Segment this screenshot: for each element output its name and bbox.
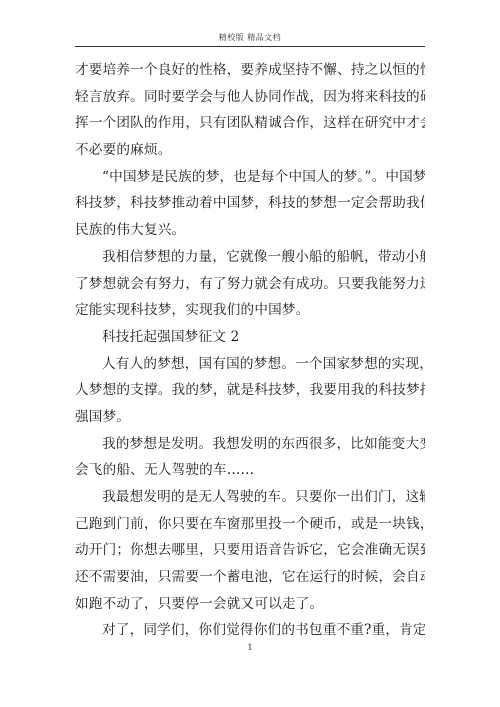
header-divider — [75, 46, 425, 47]
document-body: 才要培养一个良好的性格，要养成坚持不懈、持之以恒的性格，不要 轻言放弃。同时要学… — [75, 57, 425, 644]
paragraph: 对了，同学们，你们觉得你们的书包重不重?重，肯定重。所以 — [75, 617, 425, 644]
text-line: 我的梦想是发明。我想发明的东西很多，比如能变大变小的书包、 — [75, 431, 425, 458]
text-line: 我相信梦想的力量，它就像一艘小船的船帆，带动小船前行。有 — [75, 244, 425, 271]
text-line: 人梦想的支撑。我的梦，就是科技梦，我要用我的科技梦托起我们的 — [75, 377, 425, 404]
page-number: 1 — [0, 643, 500, 652]
text-line: 定能实现科技梦，实现我们的中国梦。 — [75, 297, 425, 324]
paragraph: 我相信梦想的力量，它就像一艘小船的船帆，带动小船前行。有 了梦想就会有努力，有了… — [75, 244, 425, 324]
text-line: 科技梦，科技梦推动着中国梦，科技的梦想一定会帮助我们实现中华 — [75, 190, 425, 217]
page-header: 精校版 精品文档 — [75, 32, 425, 43]
text-line: “中国梦是民族的梦，也是每个中国人的梦。”。中国梦连接着 — [75, 164, 425, 191]
section-title: 科技托起强国梦征文 2 — [75, 324, 425, 351]
text-line: 才要培养一个良好的性格，要养成坚持不懈、持之以恒的性格，不要 — [75, 57, 425, 84]
paragraph: 我的梦想是发明。我想发明的东西很多，比如能变大变小的书包、 会飞的船、无人驾驶的… — [75, 431, 425, 484]
paragraph: 人有人的梦想，国有国的梦想。一个国家梦想的实现，离不开个 人梦想的支撑。我的梦，… — [75, 351, 425, 431]
text-line: 民族的伟大复兴。 — [75, 217, 425, 244]
text-line: 强国梦。 — [75, 404, 425, 431]
text-line: 不必要的麻烦。 — [75, 137, 425, 164]
text-line: 挥一个团队的作用，只有团队精诚合作，这样在研究中才会减少许多 — [75, 110, 425, 137]
text-line: 动开门；你想去哪里，只要用语音告诉它，它会准确无误到达；这辆车 — [75, 537, 425, 564]
paragraph: 我最想发明的是无人驾驶的车。只要你一出们门，这辆车就会自 己跑到门前，你只要在车… — [75, 484, 425, 617]
text-line: 我最想发明的是无人驾驶的车。只要你一出们门，这辆车就会自 — [75, 484, 425, 511]
text-line: 轻言放弃。同时要学会与他人协同作战，因为将来科技的研究需要发 — [75, 84, 425, 111]
text-line: 如跑不动了，只要停一会就又可以走了。 — [75, 591, 425, 618]
text-line: 对了，同学们，你们觉得你们的书包重不重?重，肯定重。所以 — [75, 617, 425, 644]
text-line: 科技托起强国梦征文 2 — [75, 324, 425, 351]
text-line: 会飞的船、无人驾驶的车…… — [75, 457, 425, 484]
text-line: 人有人的梦想，国有国的梦想。一个国家梦想的实现，离不开个 — [75, 351, 425, 378]
text-line: 己跑到门前，你只要在车窗那里投一个硬币，或是一块钱，它就会自 — [75, 511, 425, 538]
paragraph: “中国梦是民族的梦，也是每个中国人的梦。”。中国梦连接着 科技梦，科技梦推动着中… — [75, 164, 425, 244]
text-line: 了梦想就会有努力，有了努力就会有成功。只要我能努力进取，就一 — [75, 271, 425, 298]
text-line: 还不需要油，只需要一个蓄电池，它在运行的时候，会自动发电，假 — [75, 564, 425, 591]
paragraph: 才要培养一个良好的性格，要养成坚持不懈、持之以恒的性格，不要 轻言放弃。同时要学… — [75, 57, 425, 164]
